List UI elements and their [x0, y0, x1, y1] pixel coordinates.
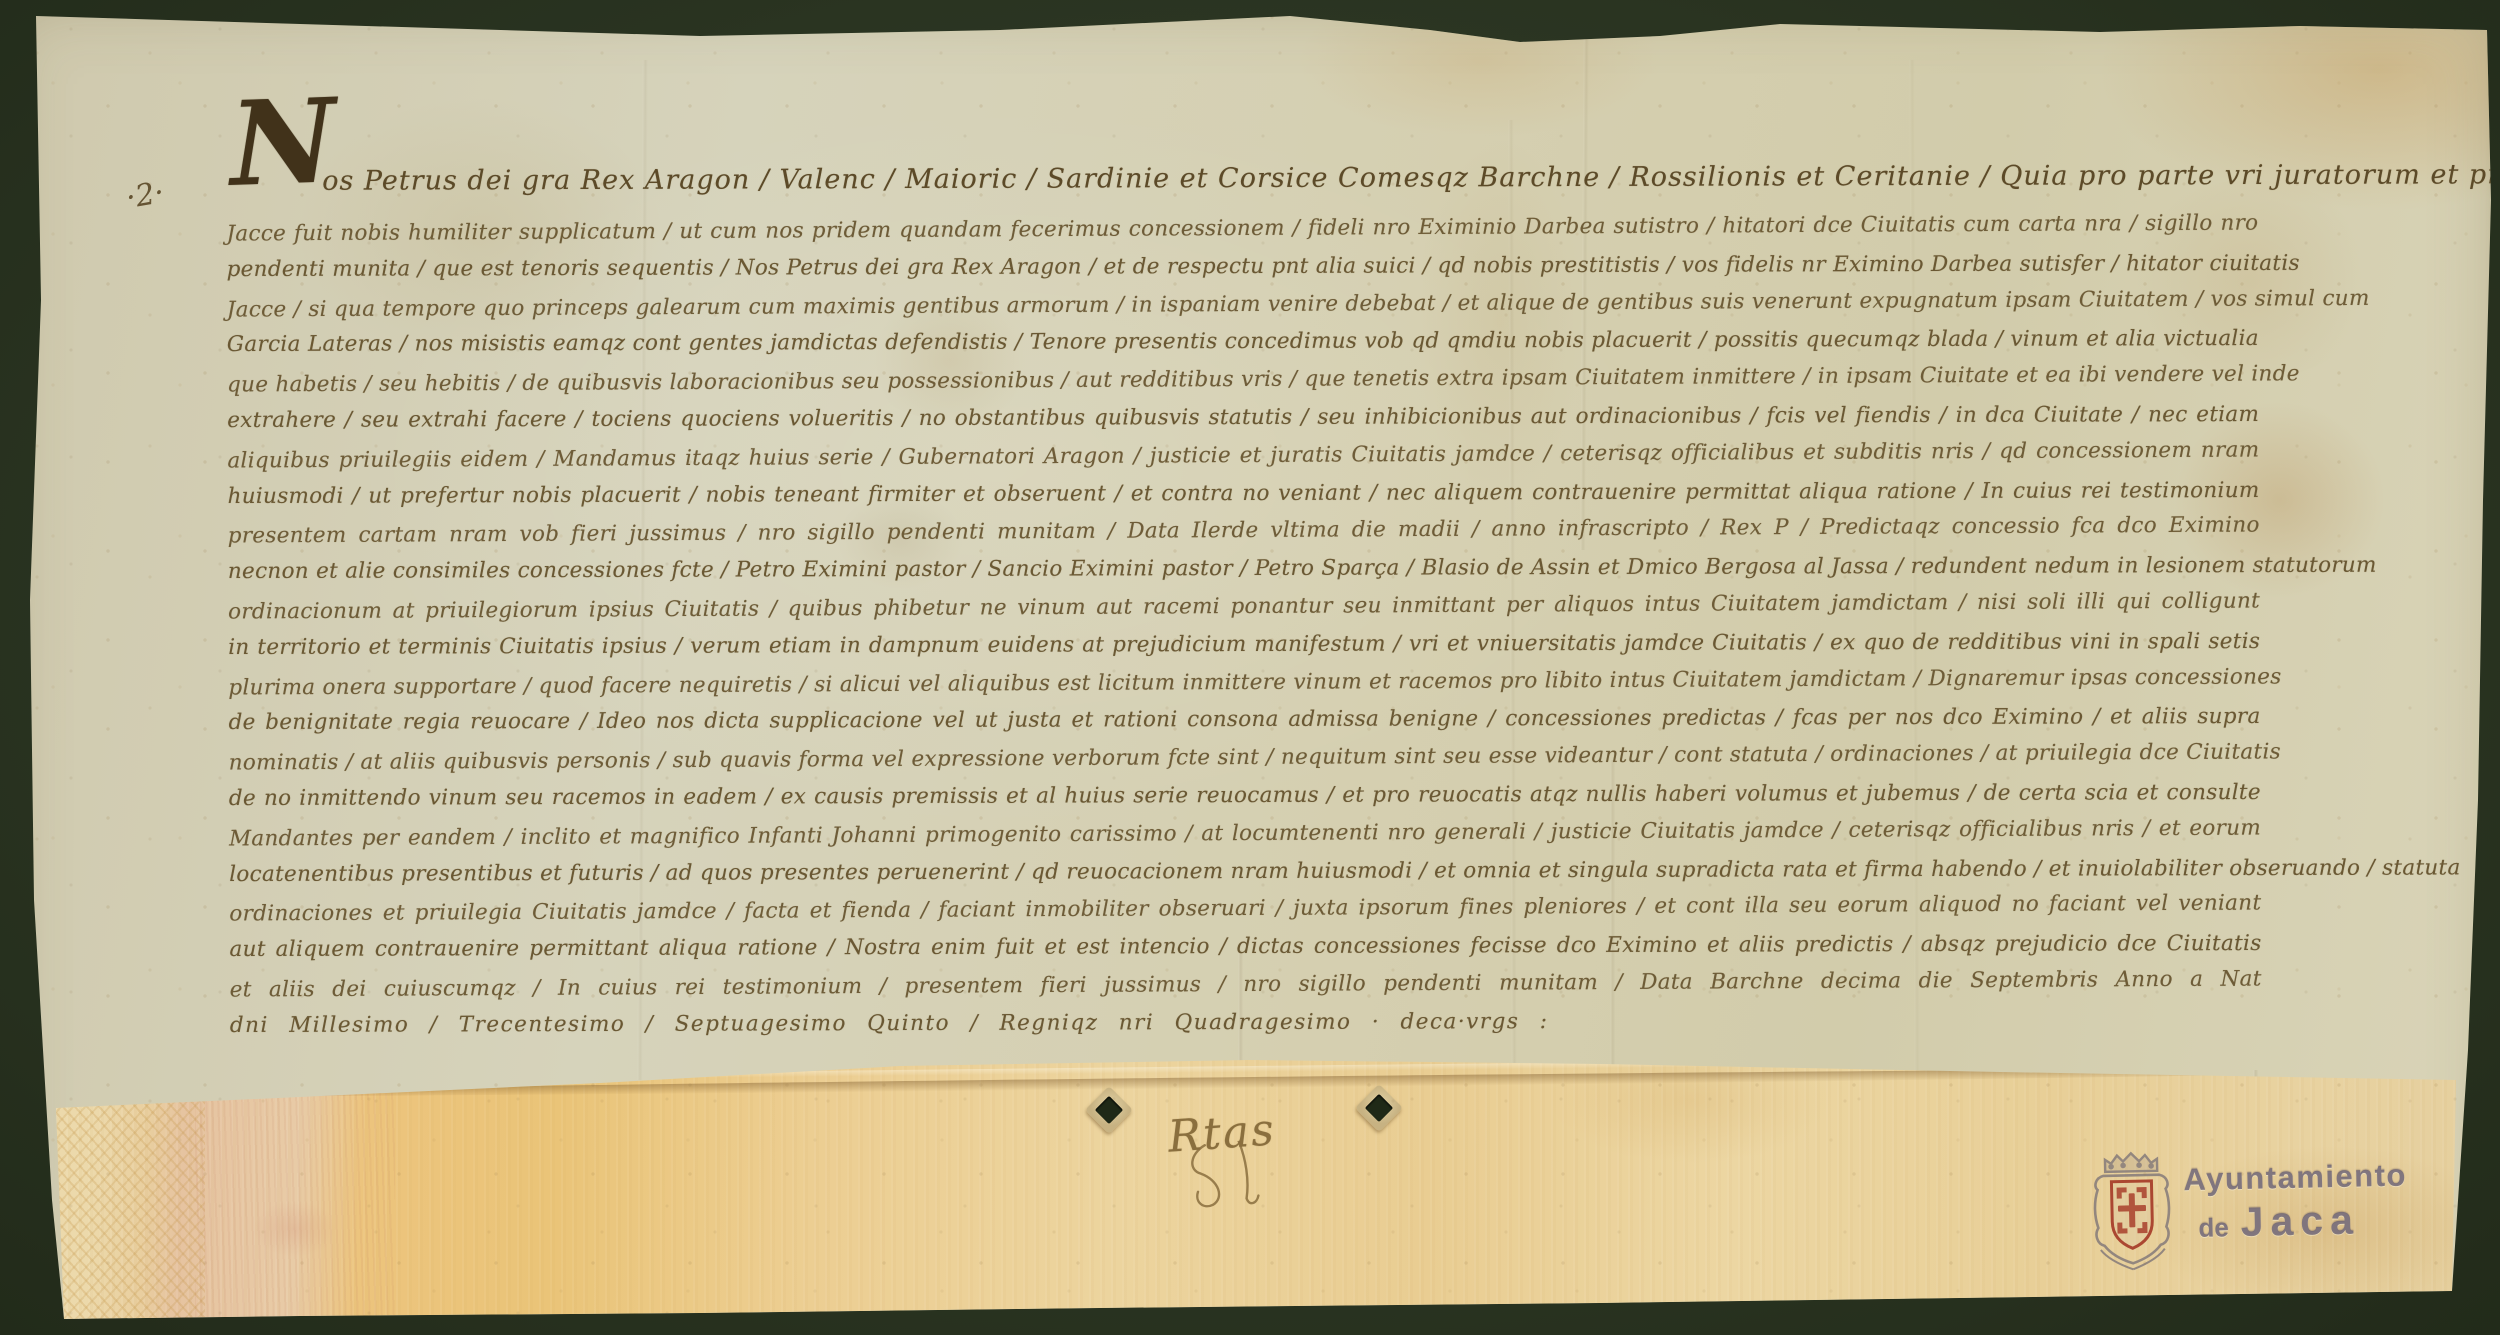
- seal-hole-right: [1362, 1091, 1396, 1125]
- ayuntamiento-stamp: Ayuntamiento de Jaca: [2089, 1142, 2491, 1272]
- jaca-coat-of-arms-icon: [2089, 1148, 2176, 1272]
- photo-stage: ·2· N os Petrus dei gra Rex Aragon / Val…: [0, 0, 2500, 1335]
- parchment-sheet: ·2· N os Petrus dei gra Rex Aragon / Val…: [0, 0, 2500, 1335]
- margin-registration-numeral: ·2·: [123, 175, 167, 216]
- stamp-city-name: Jaca: [2240, 1197, 2360, 1246]
- stamp-text: Ayuntamiento de Jaca: [2183, 1158, 2408, 1248]
- registrata-docket-mark: Rtas: [1166, 1104, 1277, 1162]
- stamp-org-de: de: [2198, 1212, 2229, 1244]
- charter-text-line: dni Millesimo / Trecentesimo / Septuages…: [230, 1001, 2262, 1045]
- charter-text-block: os Petrus dei gra Rex Aragon / Valenc / …: [226, 144, 2262, 1046]
- seal-hole-left: [1092, 1093, 1126, 1127]
- stamp-org-name: Ayuntamiento: [2183, 1158, 2407, 1199]
- plica-grain-texture: [195, 1085, 395, 1325]
- registrata-flourish: [1187, 1138, 1282, 1214]
- plica-hatch-texture: [40, 1085, 205, 1325]
- charter-text-line: os Petrus dei gra Rex Aragon / Valenc / …: [226, 145, 2258, 213]
